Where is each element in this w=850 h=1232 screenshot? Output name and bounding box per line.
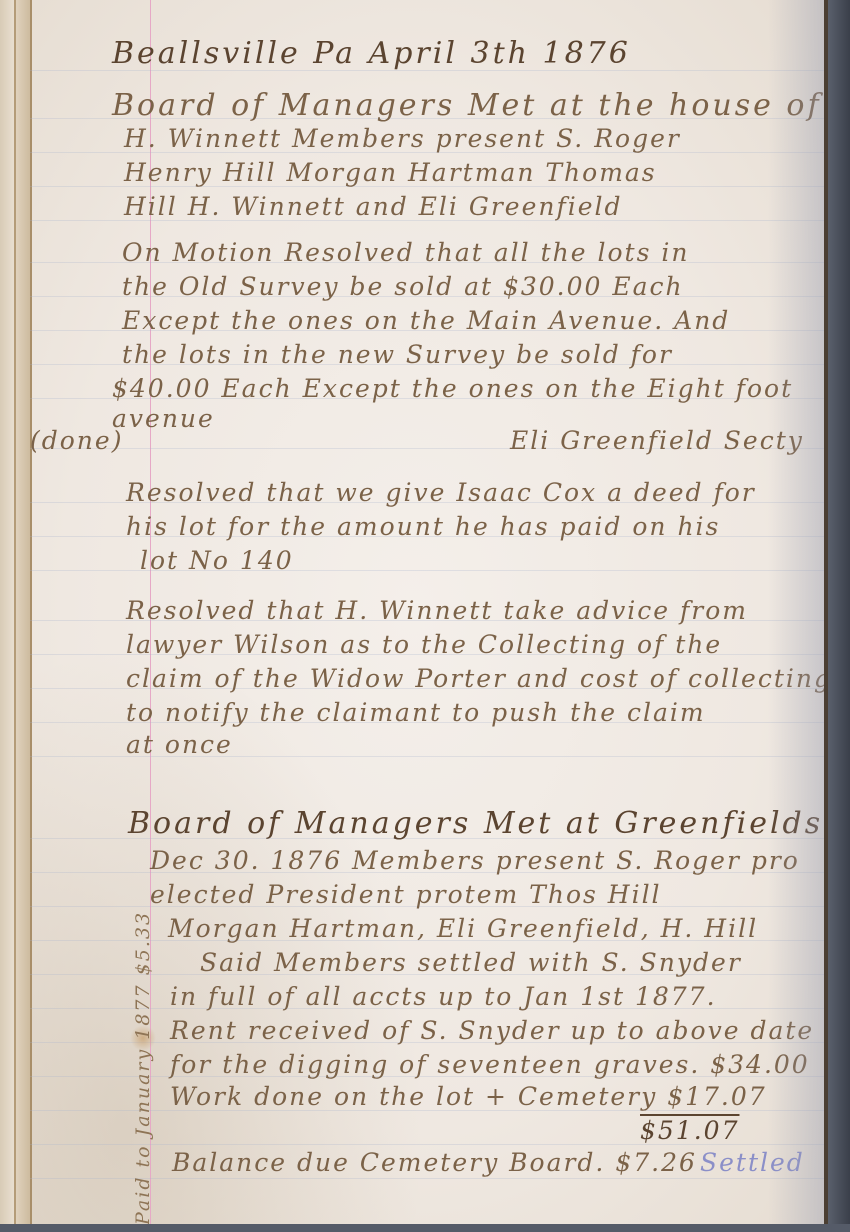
entry-line: lot No 140: [140, 546, 294, 575]
entry-line: his lot for the amount he has paid on hi…: [126, 512, 720, 541]
margin-note: (done): [30, 426, 123, 455]
entry-line: for the digging of seventeen graves. $34…: [170, 1050, 810, 1079]
entry-line: Henry Hill Morgan Hartman Thomas: [124, 158, 657, 187]
vertical-margin-note: Paid to January 1877 $5.33: [132, 911, 154, 1225]
entry-line: the lots in the new Survey be sold for: [122, 340, 673, 369]
entry-line: Board of Managers Met at the house of: [112, 88, 822, 123]
binding-edge: [0, 0, 14, 1225]
total-amount: $51.07: [640, 1116, 739, 1145]
entry-line: lawyer Wilson as to the Collecting of th…: [126, 630, 722, 659]
balance-line: Balance due Cemetery Board. $7.26: [172, 1148, 697, 1177]
entry-line: in full of all accts up to Jan 1st 1877.: [170, 982, 717, 1011]
entry-line: Except the ones on the Main Avenue. And: [122, 306, 730, 335]
entry-line: Said Members settled with S. Snyder: [200, 948, 742, 977]
entry-line: Resolved that we give Isaac Cox a deed f…: [126, 478, 756, 507]
entry-line: Dec 30. 1876 Members present S. Roger pr…: [150, 846, 800, 875]
secretary-signature: Eli Greenfield Secty: [510, 426, 804, 455]
settled-stamp: Settled: [700, 1148, 805, 1177]
entry-line: On Motion Resolved that all the lots in: [122, 238, 689, 267]
entry-line: Rent received of S. Snyder up to above d…: [170, 1016, 814, 1045]
entry-line: elected President protem Thos Hill: [150, 880, 662, 909]
entry-line: Hill H. Winnett and Eli Greenfield: [124, 192, 623, 221]
entry-line: at once: [126, 730, 233, 759]
entry-line: to notify the claimant to push the claim: [126, 698, 706, 727]
bottom-shadow: [0, 1224, 850, 1232]
entry-line: $40.00 Each Except the ones on the Eight…: [112, 374, 793, 403]
meeting-heading: Board of Managers Met at Greenfields: [128, 806, 823, 841]
entry-line: Work done on the lot + Cemetery $17.07: [170, 1082, 767, 1111]
book-cover: [828, 0, 850, 1232]
ledger-page: Beallsville Pa April 3th 1876 Board of M…: [0, 0, 828, 1225]
entry-line: Morgan Hartman, Eli Greenfield, H. Hill: [168, 914, 758, 943]
place-date-heading: Beallsville Pa April 3th 1876: [112, 36, 631, 71]
entry-line: the Old Survey be sold at $30.00 Each: [122, 272, 684, 301]
entry-line: H. Winnett Members present S. Roger: [124, 124, 681, 153]
entry-line: avenue: [112, 404, 215, 433]
entry-line: claim of the Widow Porter and cost of co…: [126, 664, 828, 693]
entry-line: Resolved that H. Winnett take advice fro…: [126, 596, 748, 625]
